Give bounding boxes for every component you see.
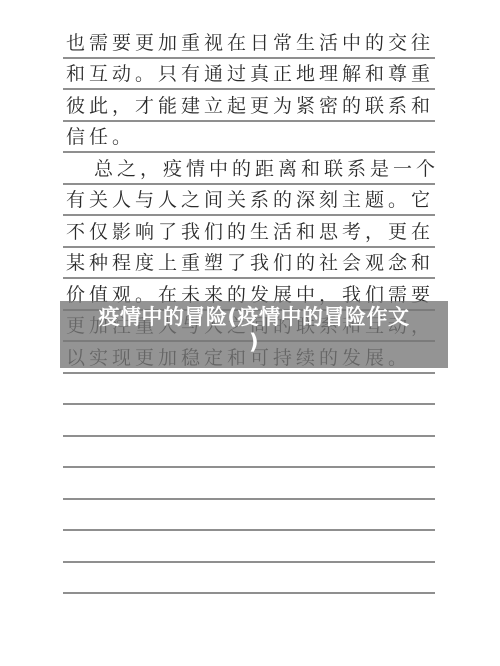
essay-line: 有关人与人之间关系的深刻主题。它: [66, 186, 446, 214]
essay-line: 彼此，才能建立起更为紧密的联系和: [66, 92, 446, 120]
banner-title-close-paren: ): [249, 330, 259, 355]
ruled-line: [63, 372, 435, 374]
ruled-line: [63, 183, 435, 185]
ruled-line: [63, 466, 435, 468]
banner-title-text: 疫情中的冒险(疫情中的冒险作文: [98, 305, 409, 330]
ruled-line: [63, 57, 435, 59]
ruled-line: [63, 403, 435, 405]
essay-line: 信任。: [66, 123, 446, 151]
ruled-line: [63, 214, 435, 216]
essay-line: 某种程度上重塑了我们的社会观念和: [66, 249, 446, 277]
essay-line: 不仅影响了我们的生活和思考，更在: [66, 218, 446, 246]
handwritten-essay-photo: 也需要更加重视在日常生活中的交往 和互动。只有通过真正地理解和尊重 彼此，才能建…: [0, 0, 500, 666]
ruled-line: [63, 592, 435, 594]
essay-line: 和互动。只有通过真正地理解和尊重: [66, 60, 446, 88]
ruled-line: [63, 151, 435, 153]
ruled-line: [63, 529, 435, 531]
ruled-line: [63, 246, 435, 248]
title-banner: 疫情中的冒险(疫情中的冒险作文 ): [60, 301, 448, 368]
essay-line: 也需要更加重视在日常生活中的交往: [66, 29, 446, 57]
ruled-line: [63, 435, 435, 437]
ruled-line: [63, 277, 435, 279]
essay-line: 总之，疫情中的距离和联系是一个: [66, 155, 474, 183]
ruled-line: [63, 120, 435, 122]
ruled-line: [63, 498, 435, 500]
ruled-line: [63, 88, 435, 90]
ruled-line: [63, 561, 435, 563]
